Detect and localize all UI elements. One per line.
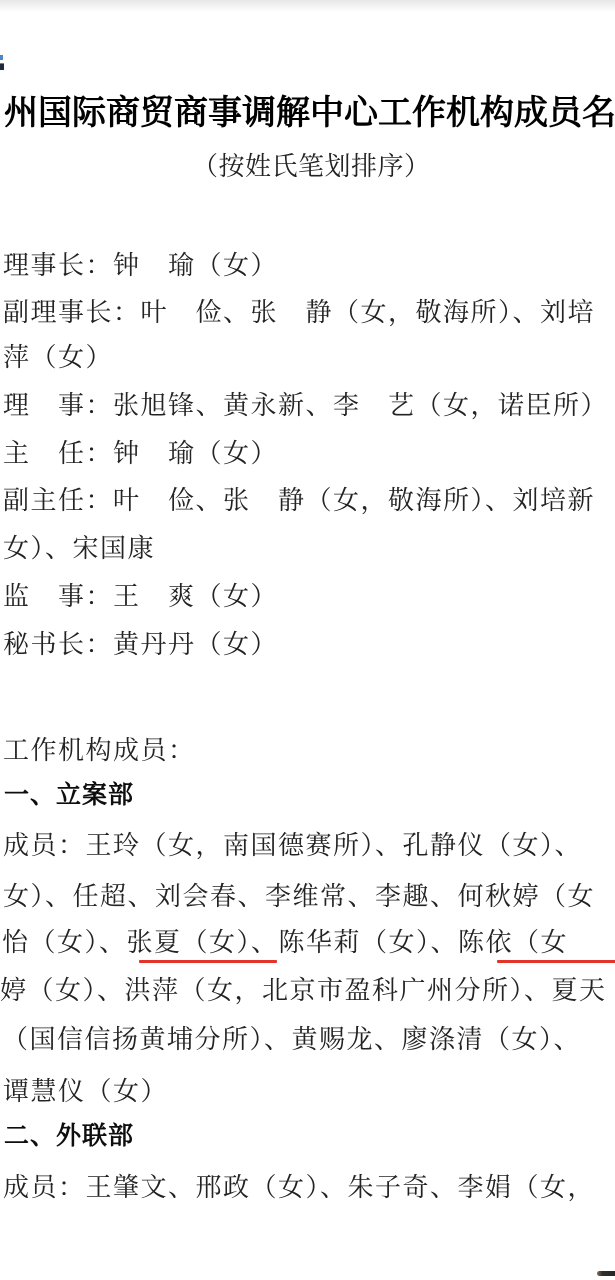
left-edge-dark-mark (0, 63, 4, 70)
spellcheck-underline-1 (139, 960, 277, 963)
document-subtitle: （按姓氏笔划排序） (192, 150, 431, 184)
director-line: 主 任：钟 瑜（女） (3, 437, 278, 471)
section-2-members-line-1: 成员：王肇文、邢政（女）、朱子奇、李娟（女， (3, 1171, 595, 1205)
left-edge-blue-mark (0, 55, 3, 60)
page-top-shadow (0, 0, 615, 12)
chairman-line: 理事长：钟 瑜（女） (3, 249, 278, 283)
staff-members-label: 工作机构成员： (3, 734, 196, 768)
section-1-members-line-4: 婷（女）、洪萍（女，北京市盈科广州分所）、夏天 (0, 974, 607, 1008)
section-1-members-line-3: 怡（女）、张夏（女）、陈华莉（女）、陈依（女 (2, 926, 568, 960)
secretary-general-line: 秘书长：黄丹丹（女） (3, 628, 278, 662)
vice-chairman-line-cont: 萍（女） (3, 341, 113, 375)
supervisor-line: 监 事：王 爽（女） (3, 580, 278, 614)
vice-chairman-line: 副理事长：叶 俭、张 静（女，敬海所）、刘培 (3, 296, 595, 330)
section-2-heading: 二、外联部 (4, 1119, 134, 1153)
section-1-members-line-1: 成员：王玲（女，南国德赛所）、孔静仪（女）、 (3, 829, 582, 863)
document-page: 州国际商贸商事调解中心工作机构成员名 （按姓氏笔划排序） 理事长：钟 瑜（女） … (0, 0, 615, 1280)
section-1-heading: 一、立案部 (4, 778, 134, 812)
spellcheck-underline-2 (497, 960, 615, 963)
directors-line: 理 事：张旭锋、黄永新、李 艺（女，诺臣所） (3, 389, 608, 423)
section-1-members-line-6: 谭慧仪（女） (3, 1075, 168, 1109)
deputy-directors-line-cont: 女）、宋国康 (3, 532, 155, 566)
deputy-directors-line: 副主任：叶 俭、张 静（女，敬海所）、刘培新 (3, 484, 595, 518)
section-1-members-line-2: 女）、任超、刘会春、李维常、李趣、何秋婷（女 (3, 880, 595, 914)
floating-widget-cut[interactable] (597, 1271, 615, 1276)
document-title: 州国际商贸商事调解中心工作机构成员名 (4, 93, 615, 135)
section-1-members-line-5: （国信信扬黄埔分所）、黄赐龙、廖涤清（女）、 (2, 1023, 581, 1057)
